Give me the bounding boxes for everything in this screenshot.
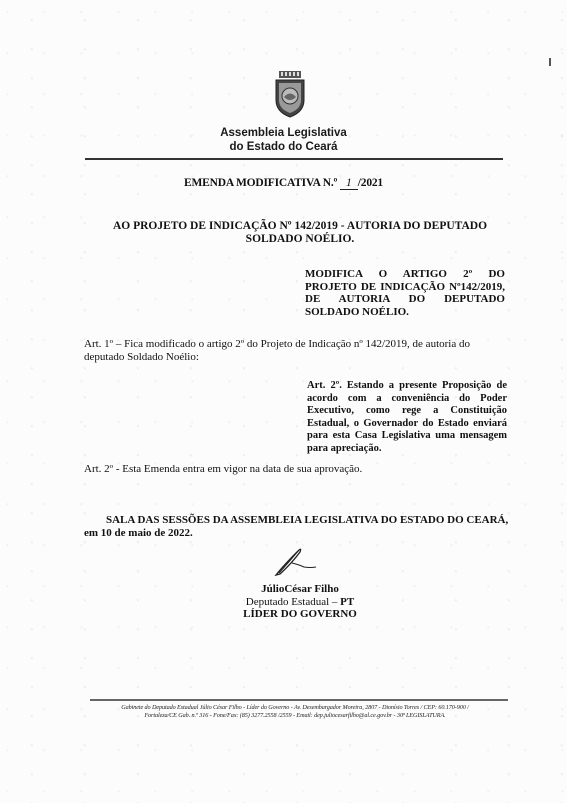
footer-contact: Gabinete do Deputado Estadual Júlio Césa…: [80, 704, 510, 720]
coat-of-arms-icon: [273, 70, 307, 118]
signer-party: PT: [340, 596, 354, 608]
footer-line-2: Fortaleza/CE Gab. n.º 316 - Fone/Fax: (8…: [80, 712, 510, 720]
amendment-number: 1: [340, 177, 358, 190]
subject-heading: AO PROJETO DE INDICAÇÃO Nº 142/2019 - AU…: [90, 220, 510, 246]
footer-divider: [90, 699, 508, 701]
scan-mark: [549, 58, 551, 66]
summary-ementa: MODIFICA O ARTIGO 2º DO PROJETO DE INDIC…: [305, 268, 505, 318]
signer-role: Deputado Estadual – PT: [200, 596, 400, 609]
article-2: Art. 2º - Esta Emenda entra em vigor na …: [84, 463, 508, 475]
signer-name: JúlioCésar Filho: [200, 583, 400, 596]
signer-block: JúlioCésar Filho Deputado Estadual – PT …: [200, 583, 400, 621]
title-prefix: EMENDA MODIFICATIVA N.º: [184, 177, 337, 189]
header-divider: [85, 158, 503, 160]
document-title: EMENDA MODIFICATIVA N.º 1/2021: [0, 177, 567, 190]
quoted-article-2: Art. 2º. Estando a presente Proposição d…: [307, 380, 507, 455]
title-suffix: /2021: [358, 177, 383, 189]
document-page: Assembleia Legislativa do Estado do Cear…: [0, 0, 567, 803]
institution-line-1: Assembleia Legislativa: [0, 126, 567, 140]
article-1: Art. 1º – Fica modificado o artigo 2º do…: [84, 338, 508, 364]
institution-name: Assembleia Legislativa do Estado do Cear…: [0, 126, 567, 154]
signature-icon: [270, 543, 330, 579]
footer-line-1: Gabinete do Deputado Estadual Júlio Césa…: [80, 704, 510, 712]
closing-statement: SALA DAS SESSÕES DA ASSEMBLEIA LEGISLATI…: [84, 514, 510, 540]
institution-line-2: do Estado do Ceará: [0, 140, 567, 154]
signer-title: LÍDER DO GOVERNO: [200, 608, 400, 621]
